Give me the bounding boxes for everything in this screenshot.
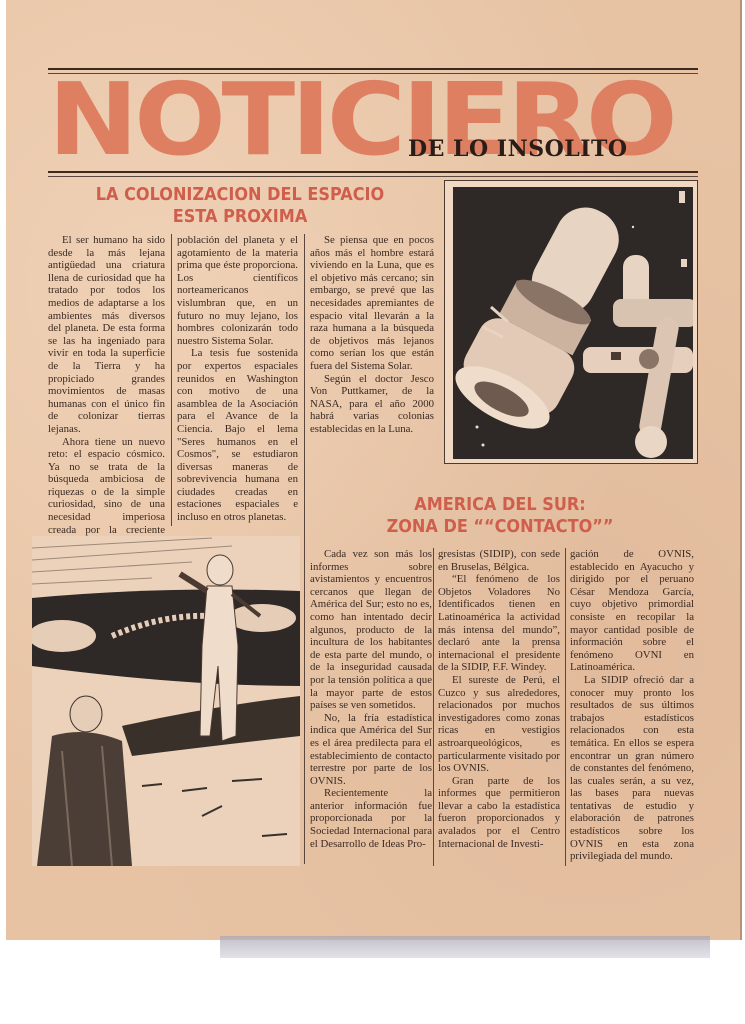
masthead-title: NOTICIERO bbox=[48, 70, 745, 170]
article2-headline: AMERICA DEL SUR: ZONA DE ““CONTACTO”” bbox=[371, 494, 629, 538]
page-shadow bbox=[220, 936, 710, 958]
space-station-photo bbox=[444, 180, 698, 464]
article1-col2-para1: población del planeta y el agotamiento d… bbox=[177, 234, 298, 347]
article2-headline-line2: ZONA DE ““CONTACTO”” bbox=[371, 516, 629, 538]
article2-col3-para2: La SIDIP ofreció dar a conocer muy pront… bbox=[570, 674, 694, 863]
article2-col1-para1: Cada vez son más los informes sobre avis… bbox=[310, 548, 432, 712]
ufo-encounter-illustration-icon bbox=[32, 536, 300, 866]
article1-column-2: población del planeta y el agotamiento d… bbox=[177, 234, 298, 524]
article1-headline: LA COLONIZACION DEL ESPACIO ESTA PROXIMA bbox=[84, 184, 397, 228]
column-divider bbox=[171, 234, 172, 526]
ufo-encounter-photo bbox=[32, 536, 300, 866]
article1-col1-para2: Ahora tiene un nuevo reto: el espacio có… bbox=[48, 436, 165, 549]
space-station-illustration-icon bbox=[453, 187, 693, 459]
article2-column-2: gresistas (SIDIP), con sede en Bruselas,… bbox=[438, 548, 560, 850]
article1-col3-para2: Según el doctor Jesco Von Puttkamer, de … bbox=[310, 373, 434, 436]
article2-col1-para3: Recientemente la anterior información fu… bbox=[310, 787, 432, 850]
article2-column-1: Cada vez son más los informes sobre avis… bbox=[310, 548, 432, 850]
article1-col1-para1: El ser humano ha sido desde la más lejan… bbox=[48, 234, 165, 436]
article2-headline-line1: AMERICA DEL SUR: bbox=[371, 494, 629, 516]
article1-col3-para1: Se piensa que en pocos años más el hombr… bbox=[310, 234, 434, 373]
article1-column-1: El ser humano ha sido desde la más lejan… bbox=[48, 234, 165, 549]
masthead: NOTICIERO DE LO INSOLITO bbox=[48, 76, 698, 172]
article2-col2-para2: “El fenómeno de los Objetos Voladores No… bbox=[438, 573, 560, 674]
article2-col3-para1: gación de OVNIS, establecido en Ayacucho… bbox=[570, 548, 694, 674]
article1-col2-para2: La tesis fue sostenida por expertos espa… bbox=[177, 347, 298, 523]
column-divider bbox=[565, 548, 566, 866]
article2-col2-para1: gresistas (SIDIP), con sede en Bruselas,… bbox=[438, 548, 560, 573]
column-divider bbox=[304, 234, 305, 864]
article1-column-3: Se piensa que en pocos años más el hombr… bbox=[310, 234, 434, 436]
masthead-subtitle: DE LO INSOLITO bbox=[408, 136, 628, 162]
article1-headline-line1: LA COLONIZACION DEL ESPACIO bbox=[84, 184, 397, 206]
column-divider bbox=[433, 548, 434, 866]
article2-col1-para2: No, la fría estadística indica que Améri… bbox=[310, 712, 432, 788]
article2-column-3: gación de OVNIS, establecido en Ayacucho… bbox=[570, 548, 694, 863]
article2-col2-para4: Gran parte de los informes que permitier… bbox=[438, 775, 560, 851]
article2-col2-para3: El sureste de Perú, el Cuzco y sus alred… bbox=[438, 674, 560, 775]
article1-headline-line2: ESTA PROXIMA bbox=[84, 206, 397, 228]
